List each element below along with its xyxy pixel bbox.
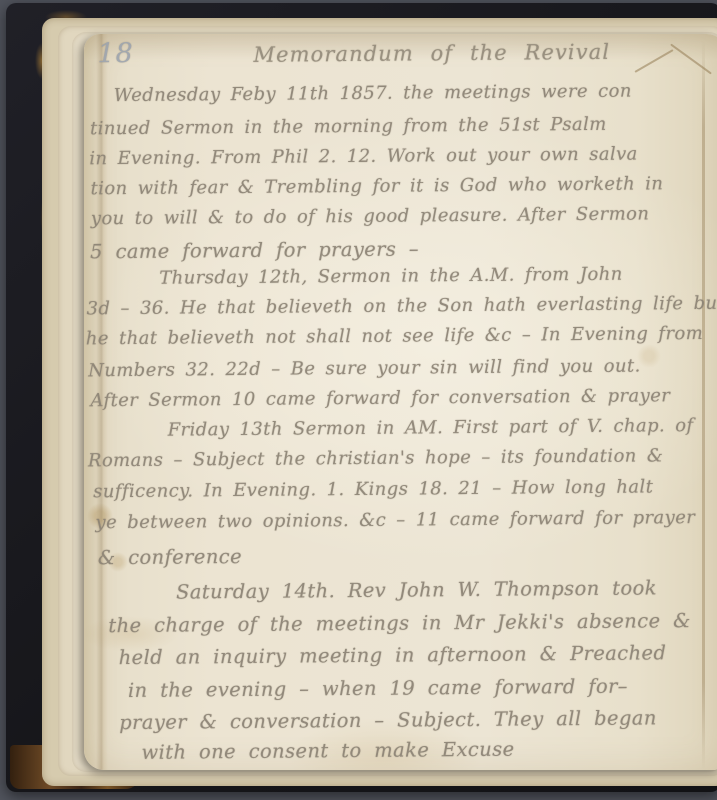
manuscript-line: prayer & conversation – Subject. They al… <box>119 706 657 734</box>
manuscript-line: Saturday 14th. Rev John W. Thompson took <box>176 576 657 603</box>
manuscript-line: After Sermon 10 came forward for convers… <box>90 385 670 411</box>
manuscript-line: with one consent to make Excuse <box>141 738 514 764</box>
manuscript-line: the charge of the meetings in Mr Jekki's… <box>108 609 691 637</box>
page-title: Memorandum of the Revival <box>253 40 610 67</box>
manuscript-line: tinued Sermon in the morning from the 51… <box>90 114 607 140</box>
manuscript-line: 5 came forward for prayers – <box>90 237 419 263</box>
manuscript-line: Friday 13th Sermon in AM. First part of … <box>168 415 694 441</box>
manuscript-page: 18 Memorandum of the Revival Wednesday F… <box>84 34 717 770</box>
manuscript-line: Romans – Subject the christian's hope – … <box>88 445 664 471</box>
handwriting-layer: 18 Memorandum of the Revival Wednesday F… <box>84 34 717 770</box>
page-number: 18 <box>97 38 134 69</box>
manuscript-line: in Evening. From Phil 2. 12. Work out yo… <box>89 144 638 170</box>
manuscript-line: 3d – 36. He that believeth on the Son ha… <box>87 293 717 320</box>
manuscript-line: & conference <box>98 545 242 569</box>
manuscript-line: held an inquiry meeting in afternoon & P… <box>119 641 667 669</box>
photo-background: 18 Memorandum of the Revival Wednesday F… <box>0 0 717 800</box>
manuscript-line: sufficency. In Evening. 1. Kings 18. 21 … <box>93 476 653 502</box>
manuscript-line: Numbers 32. 22d – Be sure your sin will … <box>88 356 641 382</box>
manuscript-line: in the evening – when 19 came forward fo… <box>128 675 628 702</box>
manuscript-line: tion with fear & Trembling for it is God… <box>90 173 663 199</box>
manuscript-line: Wednesday Feby 11th 1857. the meetings w… <box>114 81 632 107</box>
manuscript-line: ye between two opinions. &c – 11 came fo… <box>95 507 695 533</box>
manuscript-line: you to will & to do of his good pleasure… <box>91 203 650 229</box>
manuscript-line: Thursday 12th, Sermon in the A.M. from J… <box>159 264 623 289</box>
manuscript-line: he that believeth not shall not see life… <box>86 323 703 349</box>
